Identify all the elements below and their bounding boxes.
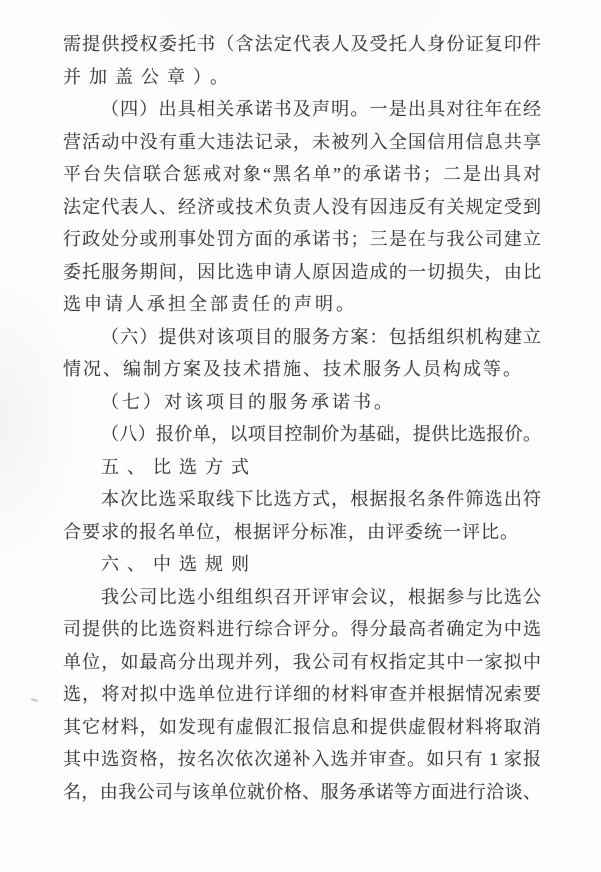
doc-line: 营活动中没有重大违法记录，未被列入全国信用信息共享: [63, 126, 541, 159]
doc-line: （八）报价单，以项目控制价为基础，提供比选报价。: [63, 418, 541, 451]
doc-line: 需提供授权委托书（含法定代表人及受托人身份证复印件: [63, 28, 541, 61]
doc-line: 选申请人承担全部责任的声明。: [63, 288, 541, 321]
doc-line: 委托服务期间，因比选申请人原因造成的一切损失，由比: [63, 256, 541, 289]
doc-line: （四）出具相关承诺书及声明。一是出具对往年在经: [63, 93, 541, 126]
doc-line: 合要求的报名单位，根据评分标准，由评委统一评比。: [63, 516, 541, 549]
doc-line: 法定代表人、经济或技术负责人没有因违反有关规定受到: [63, 191, 541, 224]
doc-line: 其它材料，如发现有虚假汇报信息和提供虚假材料将取消: [63, 711, 541, 744]
doc-line: 司提供的比选资料进行综合评分。得分最高者确定为中选: [63, 613, 541, 646]
doc-line: 单位，如最高分出现并列，我公司有权指定其中一家拟中: [63, 646, 541, 679]
doc-line: 名，由我公司与该单位就价格、服务承诺等方面进行洽谈、: [63, 776, 541, 809]
doc-line: （六）提供对该项目的服务方案：包括组织机构建立: [63, 321, 541, 354]
document-page: 需提供授权委托书（含法定代表人及受托人身份证复印件 并加盖公章）。 （四）出具相…: [0, 0, 601, 872]
doc-line: 行政处分或刑事处罚方面的承诺书；三是在与我公司建立: [63, 223, 541, 256]
scan-artifact-speck: [31, 698, 38, 702]
doc-line: 我公司比选小组组织召开评审会议，根据参与比选公: [63, 581, 541, 614]
doc-line: 其中选资格，按名次依次递补入选并审查。如只有 1 家报: [63, 743, 541, 776]
document-text-block: 需提供授权委托书（含法定代表人及受托人身份证复印件 并加盖公章）。 （四）出具相…: [63, 28, 541, 808]
doc-line: 选，将对拟中选单位进行详细的材料审查并根据情况索要: [63, 678, 541, 711]
doc-line: 本次比选采取线下比选方式，根据报名条件筛选出符: [63, 483, 541, 516]
doc-line: 并加盖公章）。: [63, 61, 541, 94]
doc-line: 情况、编制方案及技术措施、技术服务人员构成等。: [63, 353, 541, 386]
section-heading-5: 五、比选方式: [63, 451, 541, 484]
doc-line: 平台失信联合惩戒对象“黑名单”的承诺书；二是出具对: [63, 158, 541, 191]
section-heading-6: 六、中选规则: [63, 548, 541, 581]
doc-line: （七）对该项目的服务承诺书。: [63, 386, 541, 419]
